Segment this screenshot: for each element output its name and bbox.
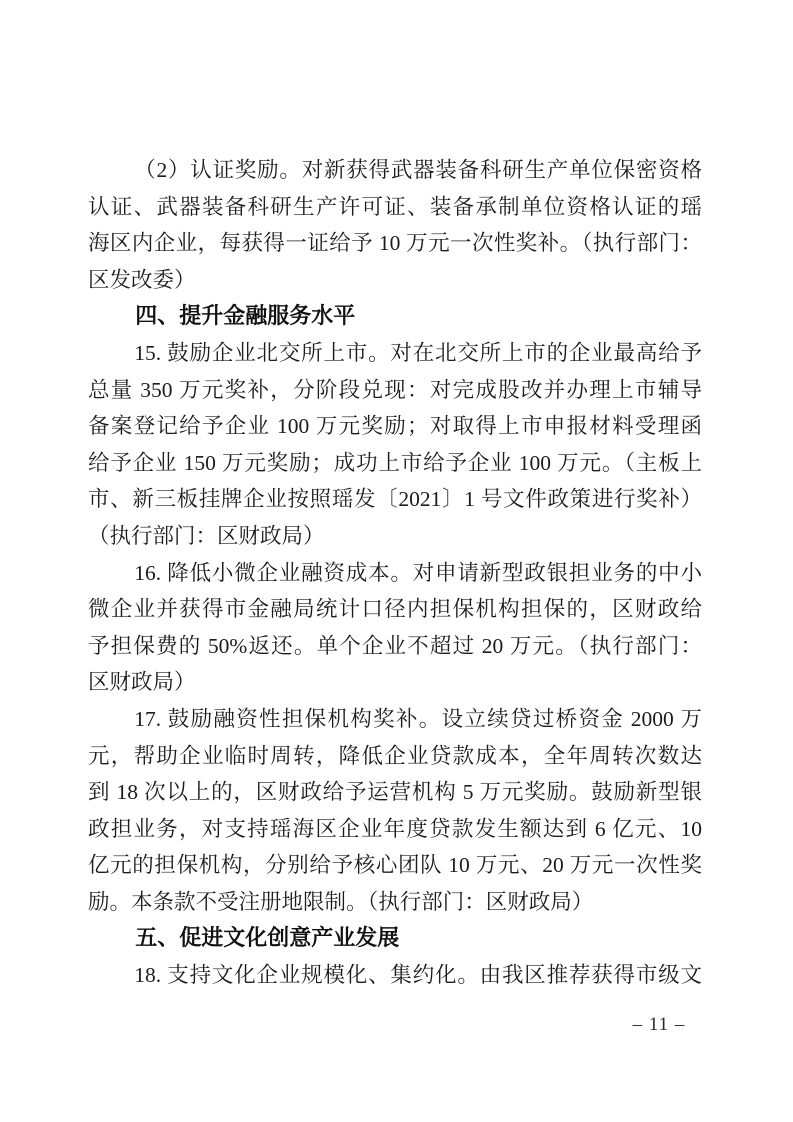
page-number: – 11 – <box>549 1012 769 1038</box>
text-line: 市、新三板挂牌企业按照瑶发〔2021〕1 号文件政策进行奖补） <box>88 481 702 518</box>
text-line: 备案登记给予企业 100 万元奖励；对取得上市申报材料受理函 <box>88 408 702 445</box>
text-line: 15. 鼓励企业北交所上市。对在北交所上市的企业最高给予 <box>88 335 702 372</box>
text-line: 到 18 次以上的，区财政给予运营机构 5 万元奖励。鼓励新型银 <box>88 774 702 811</box>
text-line: 微企业并获得市金融局统计口径内担保机构担保的，区财政给 <box>88 591 702 628</box>
text-line: 元，帮助企业临时周转，降低企业贷款成本，全年周转次数达 <box>88 738 702 775</box>
text-line: 区财政局） <box>88 664 702 701</box>
document-page: （2）认证奖励。对新获得武器装备科研生产单位保密资格 认证、武器装备科研生产许可… <box>0 0 793 1122</box>
text-line: 16. 降低小微企业融资成本。对申请新型政银担业务的中小 <box>88 555 702 592</box>
text-line: 17. 鼓励融资性担保机构奖补。设立续贷过桥资金 2000 万 <box>88 701 702 738</box>
text-line: （执行部门：区财政局） <box>88 518 702 555</box>
section-heading: 五、促进文化创意产业发展 <box>88 920 702 957</box>
text-line: 海区内企业，每获得一证给予 10 万元一次性奖补。（执行部门： <box>88 225 702 262</box>
text-line: 18. 支持文化企业规模化、集约化。由我区推荐获得市级文 <box>88 957 702 994</box>
text-line: 政担业务，对支持瑶海区企业年度贷款发生额达到 6 亿元、10 <box>88 811 702 848</box>
text-line: 认证、武器装备科研生产许可证、装备承制单位资格认证的瑶 <box>88 189 702 226</box>
text-line: 区发改委） <box>88 262 702 299</box>
document-body: （2）认证奖励。对新获得武器装备科研生产单位保密资格 认证、武器装备科研生产许可… <box>88 152 702 994</box>
text-line: 亿元的担保机构，分别给予核心团队 10 万元、20 万元一次性奖 <box>88 847 702 884</box>
text-line: 给予企业 150 万元奖励；成功上市给予企业 100 万元。（主板上 <box>88 445 702 482</box>
text-line: 予担保费的 50%返还。单个企业不超过 20 万元。（执行部门： <box>88 628 702 665</box>
text-line: （2）认证奖励。对新获得武器装备科研生产单位保密资格 <box>88 152 702 189</box>
section-heading: 四、提升金融服务水平 <box>88 298 702 335</box>
text-line: 励。本条款不受注册地限制。（执行部门：区财政局） <box>88 884 702 921</box>
text-line: 总量 350 万元奖补，分阶段兑现：对完成股改并办理上市辅导 <box>88 372 702 409</box>
